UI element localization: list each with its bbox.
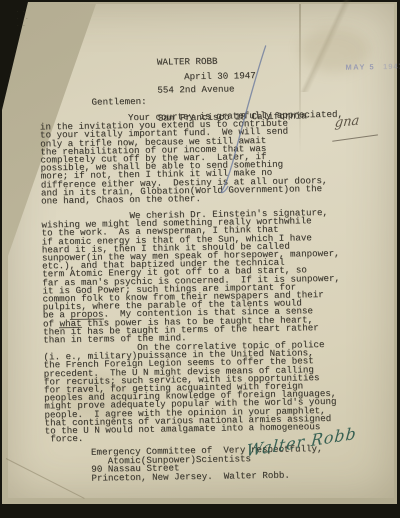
sender-name: WALTER ROBB: [157, 56, 306, 68]
sender-address-line: 554 2nd Avenue: [157, 83, 306, 95]
stamp-month-day: MAY 5: [345, 62, 375, 71]
received-date-stamp: MAY 51947: [324, 53, 400, 81]
paragraph-3: On the correlative topic of police (i. e…: [43, 341, 337, 444]
paragraph-1: Your courtey is gratefully appreciated, …: [40, 111, 345, 206]
letter-content: · · · ·- · - WALTER ROBB 554 2nd Avenue …: [0, 0, 400, 518]
scan-background: · · · ·- · - WALTER ROBB 554 2nd Avenue …: [0, 0, 400, 518]
date-line: April 30 1947: [184, 72, 256, 81]
stamp-year: 1947: [383, 62, 400, 71]
paragraph-2: We cherish Dr. Einstein's signature, wis…: [41, 209, 341, 345]
salutation: Gentlemen:: [91, 98, 146, 107]
corner-marks: · · · ·- · -: [16, 9, 28, 30]
